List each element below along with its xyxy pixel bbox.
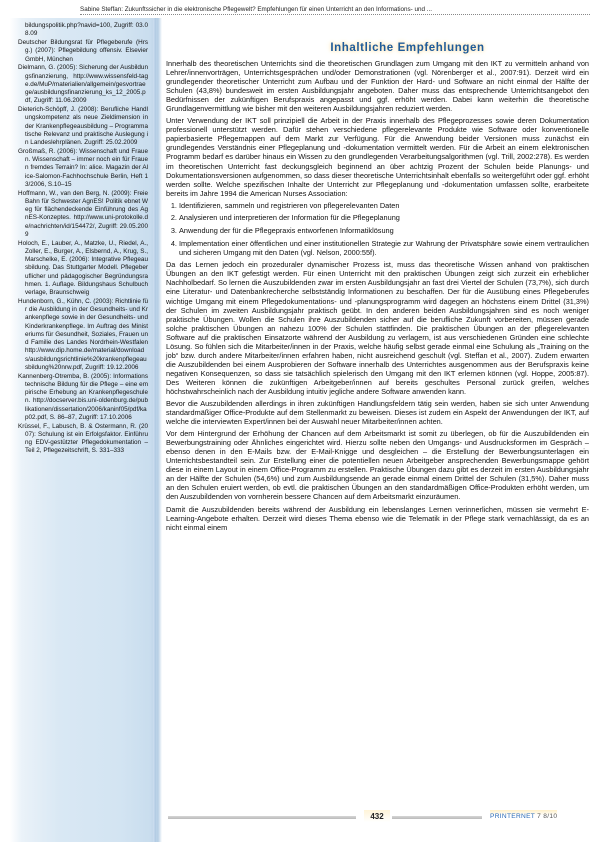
reference-item: bildungspolitik.php?navid=100, Zugriff: … <box>18 22 148 39</box>
reference-list: bildungspolitik.php?navid=100, Zugriff: … <box>18 22 148 456</box>
footer-rule-right <box>392 816 482 819</box>
journal-citation: PRINTERNET 7 8/10 <box>490 810 557 822</box>
body-paragraph: Bevor die Auszubildenden allerdings in i… <box>166 399 589 426</box>
body-paragraph: Innerhalb des theoretischen Unterrichts … <box>166 59 589 113</box>
footer-rule-left <box>168 816 356 819</box>
reference-item: Hundenborn, G., Kühn, C. (2003): Richtli… <box>18 298 148 372</box>
list-item: Implementation einer öffentlichen und ei… <box>179 239 589 257</box>
body-paragraph: Da das Lernen jedoch ein prozeduraler dy… <box>166 260 589 396</box>
reference-item: Krüssel, F., Labusch, B. & Ostermann, R.… <box>18 423 148 456</box>
sidebar-edge-divider <box>153 18 156 842</box>
body-paragraph: Damit die Auszubildenden bereits während… <box>166 505 589 532</box>
running-head: Sabine Steffan: Zukunftssicher in die el… <box>80 6 590 15</box>
list-item: Anwendung der für die Pflegepraxis entwo… <box>179 226 589 235</box>
reference-item: Hoffmann, W., van den Berg, N. (2009): F… <box>18 190 148 240</box>
list-item: Analysieren und interpretieren der Infor… <box>179 213 589 222</box>
page-number: 432 <box>364 810 390 822</box>
reference-item: Holoch, E., Lauber, A., Matzke, U., Ried… <box>18 240 148 298</box>
reference-item: Deutscher Bildungsrat für Pflegeberufe (… <box>18 39 148 64</box>
reference-item: Kannenberg-Otremba, B. (2005): Informati… <box>18 373 148 423</box>
reference-item: Dielmann, G. (2005): Sicherung der Ausbi… <box>18 64 148 105</box>
reference-item: Großmaß, R. (2006): Wissenschaft und Fra… <box>18 148 148 189</box>
body-paragraph: Unter Verwendung der IKT soll prinzipiel… <box>166 116 589 197</box>
page-footer: 432 PRINTERNET 7 8/10 <box>168 810 588 824</box>
main-column: Inhaltliche Empfehlungen Innerhalb des t… <box>166 40 589 535</box>
journal-name: PRINTERNET <box>490 813 535 820</box>
journal-issue: 7 8/10 <box>537 813 557 820</box>
section-title: Inhaltliche Empfehlungen <box>226 40 589 56</box>
references-sidebar: bildungspolitik.php?navid=100, Zugriff: … <box>0 18 162 842</box>
reference-item: Dieterich-Schöpff, J. (2008): Berufliche… <box>18 106 148 147</box>
numbered-list: Identifizieren, sammeln und registrieren… <box>166 201 589 257</box>
body-paragraph: Vor dem Hintergrund der Erhöhung der Cha… <box>166 429 589 501</box>
list-item: Identifizieren, sammeln und registrieren… <box>179 201 589 210</box>
